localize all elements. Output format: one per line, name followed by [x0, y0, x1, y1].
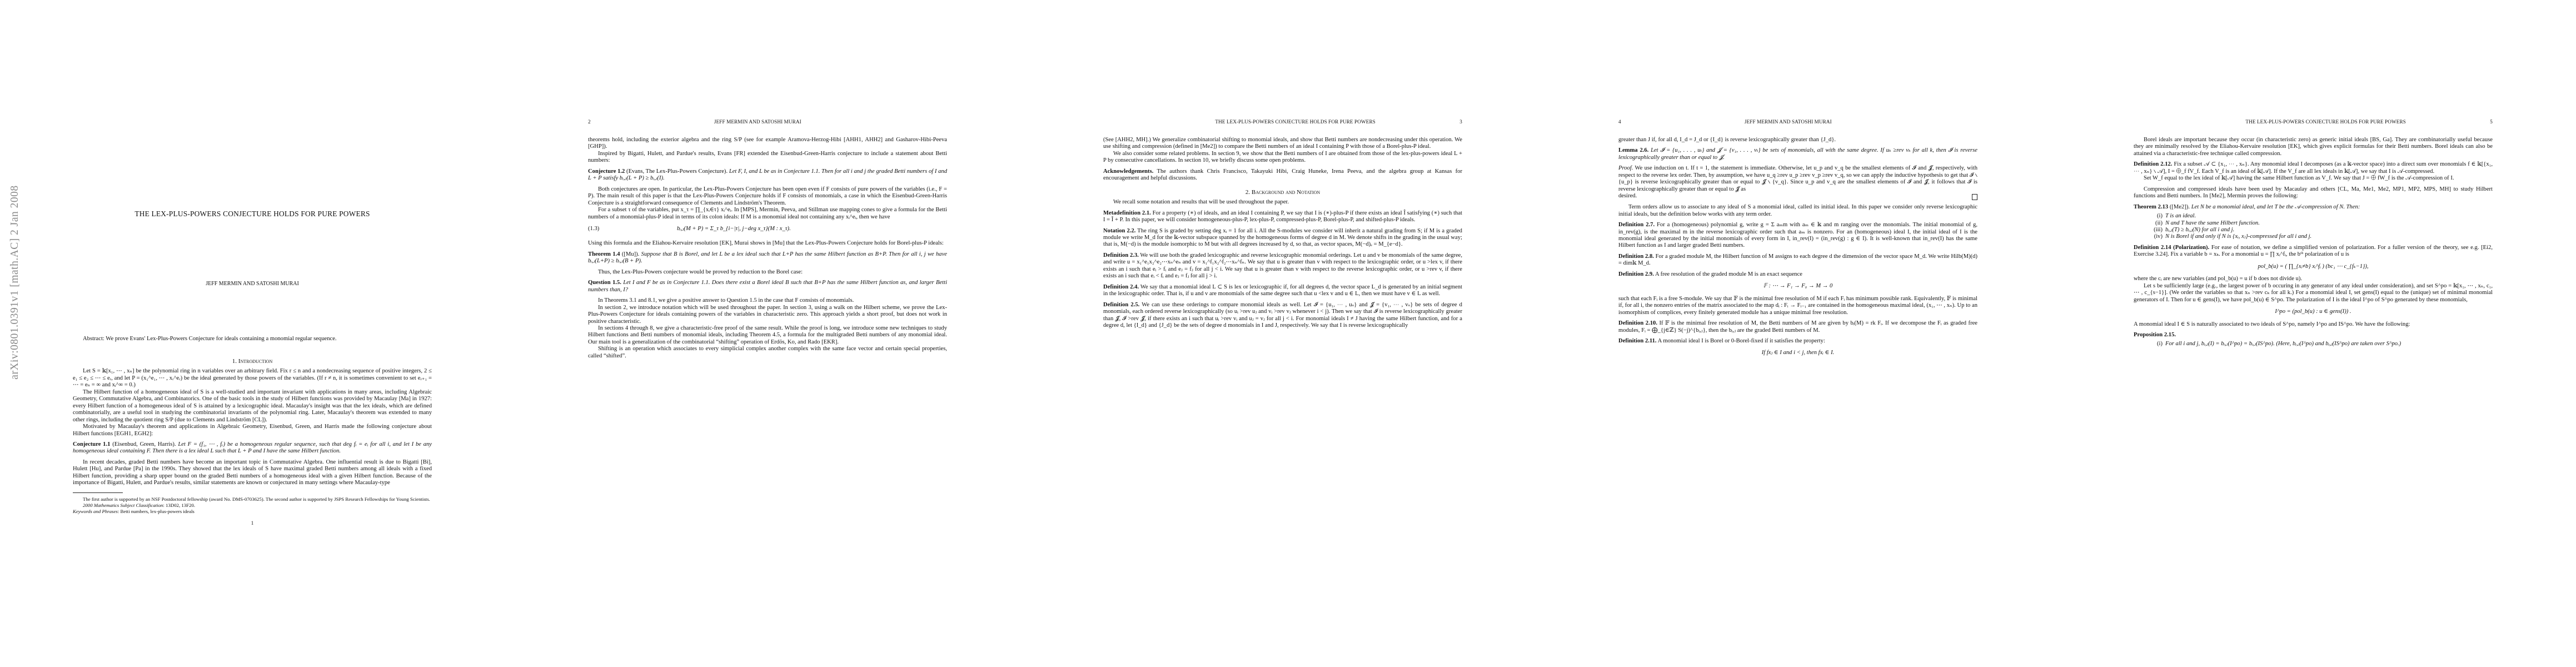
- arxiv-stamp: arXiv:0801.0391v1 [math.AC] 2 Jan 2008: [7, 139, 23, 425]
- running-head-text: THE LEX-PLUS-POWERS CONJECTURE HOLDS FOR…: [2134, 119, 2490, 125]
- section-heading-introduction: 1. Introduction: [73, 358, 432, 365]
- proposition-2-15-items: (i)For all i and j, bᵢ,ⱼ(I) = bᵢ,ⱼ(I^po)…: [2150, 341, 2493, 347]
- arxiv-stamp-text: arXiv:0801.0391v1 [math.AC] 2 Jan 2008: [9, 185, 21, 379]
- definition-2-14: Definition 2.14 (Polarization). For ease…: [2134, 245, 2493, 258]
- conjecture-label: Conjecture 1.1: [73, 441, 110, 447]
- running-head-text: THE LEX-PLUS-POWERS CONJECTURE HOLDS FOR…: [1103, 119, 1459, 125]
- page-number: 1: [73, 520, 432, 527]
- definition-2-11: Definition 2.11. A monomial ideal I is B…: [1618, 338, 1977, 345]
- page-2: 2 JEFF MERMIN AND SATOSHI MURAI theorems…: [515, 0, 1030, 667]
- page-1-main: 1. Introduction Let S = 𝕜[x₁, ⋯ , xₙ] be…: [73, 354, 432, 527]
- paragraph: In section 2, we introduce notation whic…: [588, 305, 947, 325]
- paragraph: Borel ideals are important because they …: [2134, 137, 2493, 157]
- page-number: 3: [1459, 119, 1462, 125]
- paragraph: Motivated by Macaulay's theorem and appl…: [73, 424, 432, 437]
- paragraph: In sections 4 through 8, we give a chara…: [588, 325, 947, 346]
- page-1-body: Abstract: We prove Evans' Lex-Plus-Power…: [73, 336, 432, 342]
- acknowledgements: Acknowledgements. The authors thank Chri…: [1103, 168, 1462, 182]
- page-2-body: theorems hold, including the exterior al…: [588, 137, 947, 360]
- page-4-body: greater than J if, for all d, I_d = J_d …: [1618, 137, 1977, 362]
- page-3: THE LEX-PLUS-POWERS CONJECTURE HOLDS FOR…: [1030, 0, 1546, 667]
- running-head: 2 JEFF MERMIN AND SATOSHI MURAI: [588, 119, 947, 125]
- paragraph: Compression and compressed ideals have b…: [2134, 186, 2493, 200]
- paragraph: Set W_f equal to the lex ideal of 𝕜[𝒜] h…: [2134, 175, 2493, 182]
- abstract: Abstract: We prove Evans' Lex-Plus-Power…: [73, 336, 432, 342]
- paragraph: theorems hold, including the exterior al…: [588, 137, 947, 151]
- list-item: (iv)N is Borel if and only if N is {xᵢ, …: [2150, 233, 2493, 240]
- equation-body: bᵢ,ⱼ(M + P) = Σ_τ b_{i−|τ|, j−deg x_τ}(M…: [666, 226, 947, 232]
- theorem-2-13: Theorem 2.13 ([Me2]). Let N be a monomia…: [2134, 204, 2493, 211]
- paragraph: Let s be sufficiently large (e.g., the l…: [2134, 283, 2493, 303]
- paragraph: such that each Fᵢ is a free S-module. We…: [1618, 296, 1977, 316]
- display-equation: If fxⱼ ∈ I and i < j, then fxᵢ ∈ I.: [1618, 350, 1977, 356]
- definition-2-10: Definition 2.10. If 𝔽 is the minimal fre…: [1618, 320, 1977, 334]
- pdf-viewer-spread: arXiv:0801.0391v1 [math.AC] 2 Jan 2008 T…: [0, 0, 2576, 667]
- display-equation: I^po = (pol_b(u) : u ∈ gens(I)) .: [2134, 308, 2493, 315]
- paragraph: greater than J if, for all d, I_d = J_d …: [1618, 137, 1977, 143]
- equation-1-3: (1.3) bᵢ,ⱼ(M + P) = Σ_τ b_{i−|τ|, j−deg …: [588, 226, 947, 232]
- definition-2-7: Definition 2.7. For a (homogeneous) poly…: [1618, 222, 1977, 250]
- page-3-body: (See [AHH2, MH].) We generalize combinat…: [1103, 137, 1462, 329]
- paragraph: Using this formula and the Eliahou-Kerva…: [588, 240, 947, 247]
- paragraph: Thus, the Lex-Plus-Powers conjecture wou…: [588, 269, 947, 276]
- equation-number: (1.3): [588, 226, 666, 232]
- page-number: 5: [2490, 119, 2493, 125]
- paragraph: Inspired by Bigatti, Hulett, and Pardue'…: [588, 151, 947, 165]
- paragraph: For a subset τ of the variables, put x_τ…: [588, 207, 947, 221]
- paper-title: THE LEX-PLUS-POWERS CONJECTURE HOLDS FOR…: [73, 208, 432, 219]
- theorem-2-13-items: (i)T is an ideal. (ii)N and T have the s…: [2150, 213, 2493, 241]
- paragraph: Both conjectures are open. In particular…: [588, 186, 947, 207]
- list-item: (ii)N and T have the same Hilbert functi…: [2150, 220, 2493, 227]
- definition-2-3: Definition 2.3. We will use both the gra…: [1103, 252, 1462, 280]
- footnote-support: The first author is supported by an NSF …: [73, 496, 432, 502]
- page-5: THE LEX-PLUS-POWERS CONJECTURE HOLDS FOR…: [2061, 0, 2576, 667]
- paragraph: The Hilbert function of a homogeneous id…: [73, 389, 432, 424]
- display-equation: pol_b(u) = ( ∏_{xᵢ≠b} xᵢ^fᵢ ) (bc₁ ⋯ c_{…: [2134, 263, 2493, 270]
- paper-authors: JEFF MERMIN AND SATOSHI MURAI: [73, 281, 432, 287]
- page-4: 4 JEFF MERMIN AND SATOSHI MURAI greater …: [1546, 0, 2061, 667]
- conjecture-attribution: (Eisenbud, Green, Harris).: [112, 441, 176, 447]
- page-1: arXiv:0801.0391v1 [math.AC] 2 Jan 2008 T…: [0, 0, 515, 667]
- paragraph: where the cᵢ are new variables (and pol_…: [2134, 276, 2493, 282]
- paragraph: We recall some notation and results that…: [1103, 199, 1462, 206]
- proposition-2-15-label: Proposition 2.15.: [2134, 332, 2493, 339]
- theorem-1-4: Theorem 1.4 ([Mu]). Suppose that B is Bo…: [588, 251, 947, 265]
- proof-end: desired.: [1618, 193, 1977, 200]
- definition-2-9: Definition 2.9. A free resolution of the…: [1618, 271, 1977, 278]
- paragraph: A monomial ideal I ∈ S is naturally asso…: [2134, 321, 2493, 328]
- definition-2-5: Definition 2.5. We can use these orderin…: [1103, 302, 1462, 330]
- metadefinition-2-1: Metadefinition 2.1. For a property (∗) o…: [1103, 210, 1462, 224]
- page-5-body: Borel ideals are important because they …: [2134, 137, 2493, 348]
- footnote-msc: 2000 Mathematics Subject Classification:…: [73, 502, 432, 509]
- proof: Proof. We use induction on t. If t = 1, …: [1618, 165, 1977, 193]
- paragraph: Let S = 𝕜[x₁, ⋯ , xₙ] be the polynomial …: [73, 368, 432, 389]
- lemma-2-6: Lemma 2.6. Let 𝓘 = {u₁, . . . , uₜ} and …: [1618, 147, 1977, 161]
- section-heading-background: 2. Background and Notation: [1103, 189, 1462, 196]
- footnote-keywords: Keywords and Phrases: Betti numbers, lex…: [73, 509, 432, 515]
- footnote-rule: [73, 492, 123, 493]
- notation-2-2: Notation 2.2. The ring S is graded by se…: [1103, 228, 1462, 248]
- running-head: 4 JEFF MERMIN AND SATOSHI MURAI: [1618, 119, 1977, 125]
- footnotes: The first author is supported by an NSF …: [73, 496, 432, 515]
- conjecture-1-2: Conjecture 1.2 (Evans, The Lex-Plus-Powe…: [588, 168, 947, 182]
- running-head-text: JEFF MERMIN AND SATOSHI MURAI: [591, 119, 947, 125]
- definition-2-4: Definition 2.4. We say that a monomial i…: [1103, 284, 1462, 298]
- qed-square-icon: [1972, 194, 1977, 200]
- running-head: THE LEX-PLUS-POWERS CONJECTURE HOLDS FOR…: [1103, 119, 1462, 125]
- paragraph: Shifting is an operation which associate…: [588, 346, 947, 360]
- list-item: (i)T is an ideal.: [2150, 213, 2493, 220]
- paragraph: Term orders allow us to associate to any…: [1618, 204, 1977, 218]
- paragraph: In Theorems 3.1 and 8.1, we give a posit…: [588, 297, 947, 304]
- list-item: (iii)bᵢ,ⱼ(T) ≥ bᵢ,ⱼ(N) for all i and j.: [2150, 227, 2493, 233]
- definition-2-8: Definition 2.8. For a graded module M, t…: [1618, 253, 1977, 267]
- list-item: (i)For all i and j, bᵢ,ⱼ(I) = bᵢ,ⱼ(I^po)…: [2150, 341, 2493, 347]
- paragraph: In recent decades, graded Betti numbers …: [73, 459, 432, 487]
- display-equation: 𝔽 : ⋯ → F₁ → F₀ → M → 0: [1618, 283, 1977, 290]
- conjecture-1-1: Conjecture 1.1 (Eisenbud, Green, Harris)…: [73, 441, 432, 455]
- definition-2-12: Definition 2.12. Fix a subset 𝒜 ⊂ {x₁, ⋯…: [2134, 161, 2493, 175]
- paragraph: (See [AHH2, MH].) We generalize combinat…: [1103, 137, 1462, 151]
- question-1-5: Question 1.5. Let I and F be as in Conje…: [588, 280, 947, 293]
- running-head-text: JEFF MERMIN AND SATOSHI MURAI: [1621, 119, 1977, 125]
- paragraph: We also consider some related problems. …: [1103, 151, 1462, 165]
- running-head: THE LEX-PLUS-POWERS CONJECTURE HOLDS FOR…: [2134, 119, 2493, 125]
